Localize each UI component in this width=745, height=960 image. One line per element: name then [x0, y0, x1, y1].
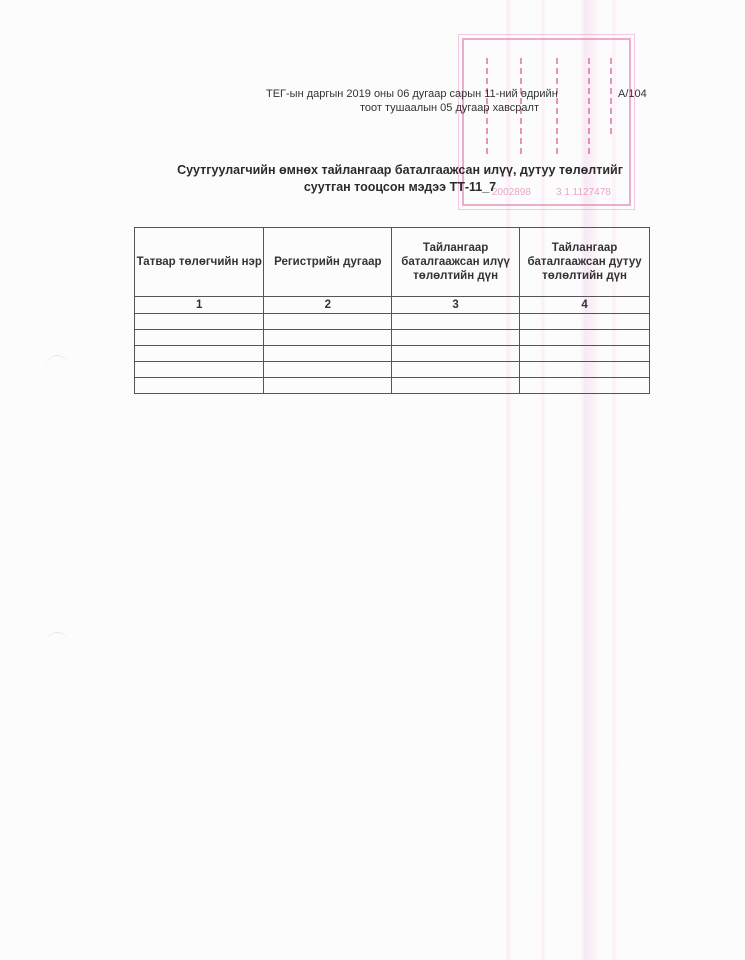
table-cell	[135, 346, 264, 362]
table-cell	[520, 346, 650, 362]
order-number: А/104	[618, 88, 647, 100]
column-number: 4	[520, 297, 650, 314]
table-cell	[520, 330, 650, 346]
column-number-row: 1 2 3 4	[135, 297, 650, 314]
table-row	[135, 362, 650, 378]
table-cell	[392, 314, 520, 330]
column-number: 2	[264, 297, 392, 314]
table-cell	[392, 362, 520, 378]
table-row	[135, 346, 650, 362]
document-title-line-2: суутган тооцсон мэдээ ТТ-11_7	[140, 180, 660, 194]
column-number: 3	[392, 297, 520, 314]
table-cell	[135, 314, 264, 330]
table-row	[135, 314, 650, 330]
table-cell	[264, 346, 392, 362]
table-cell	[264, 330, 392, 346]
table-cell	[264, 378, 392, 394]
table-cell	[392, 330, 520, 346]
table-cell	[135, 330, 264, 346]
report-table: Татвар төлөгчийн нэр Регистрийн дугаар Т…	[134, 227, 650, 394]
column-header-underpayment: Тайлангаар баталгаажсан дутуу төлөлтийн …	[520, 228, 650, 297]
header-line-2: тоот тушаалын 05 дугаар хавсралт	[360, 102, 539, 114]
table-cell	[135, 378, 264, 394]
document-title-line-1: Суутгуулагчийн өмнөх тайлангаар баталгаа…	[140, 163, 660, 177]
table-cell	[264, 314, 392, 330]
table-cell	[392, 346, 520, 362]
column-header-register-number: Регистрийн дугаар	[264, 228, 392, 297]
punch-hole-mark	[46, 632, 68, 645]
column-header-taxpayer-name: Татвар төлөгчийн нэр	[135, 228, 264, 297]
table-header-row: Татвар төлөгчийн нэр Регистрийн дугаар Т…	[135, 228, 650, 297]
header-line-1: ТЕГ-ын даргын 2019 оны 06 дугаар сарын 1…	[266, 88, 558, 100]
table-cell	[135, 362, 264, 378]
table-cell	[520, 378, 650, 394]
table-row	[135, 378, 650, 394]
table-cell	[520, 362, 650, 378]
table-cell	[392, 378, 520, 394]
column-number: 1	[135, 297, 264, 314]
table-cell	[264, 362, 392, 378]
punch-hole-mark	[46, 355, 68, 368]
table-row	[135, 330, 650, 346]
table-cell	[520, 314, 650, 330]
column-header-overpayment: Тайлангаар баталгаажсан илүү төлөлтийн д…	[392, 228, 520, 297]
scan-streaks	[0, 0, 745, 960]
